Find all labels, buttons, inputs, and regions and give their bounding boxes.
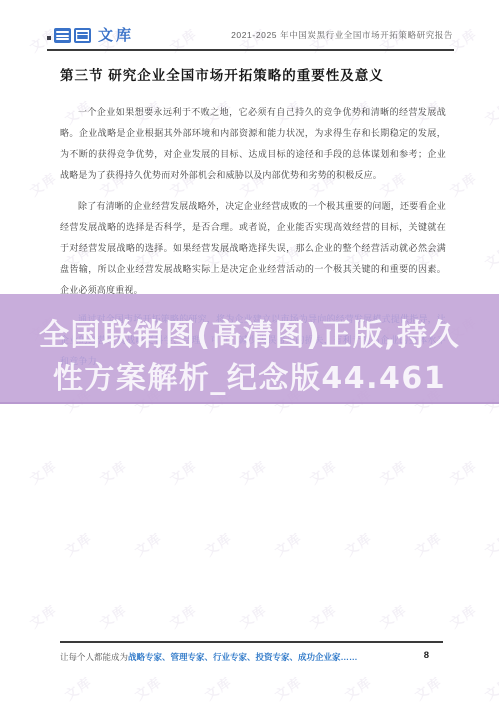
watermark-stamp: 文库	[375, 455, 410, 488]
watermark-stamp: 文库	[130, 527, 165, 560]
watermark-stamp: 文库	[60, 671, 95, 704]
watermark-stamp: 文库	[340, 527, 375, 560]
watermark-stamp: 文库	[235, 455, 270, 488]
footer-slogan: 让每个人都能成为战略专家、管理专家、行业专家、投资专家、成功企业家……	[60, 651, 443, 663]
watermark-stamp: 文库	[95, 455, 130, 488]
watermark-stamp: 文库	[25, 455, 60, 488]
watermark-stamp: 文库	[95, 599, 130, 632]
page-header: 文库 2021-2025 年中国炭黑行业全国市场开拓策略研究报告	[0, 0, 499, 43]
logo-lines-box-filled-icon	[54, 28, 71, 43]
promo-overlay-band: 全国联销图(高清图)正版,持久 性方案解析_纪念版44.461	[0, 294, 499, 404]
watermark-stamp: 文库	[200, 671, 235, 704]
watermark-stamp: 文库	[410, 527, 445, 560]
logo-dot-icon	[47, 36, 51, 40]
watermark-stamp: 文库	[480, 671, 499, 704]
watermark-stamp: 文库	[235, 599, 270, 632]
section-heading: 第三节 研究企业全国市场开拓策略的重要性及意义	[60, 64, 454, 84]
brand-logo: 文库	[47, 28, 134, 43]
watermark-stamp: 文库	[410, 671, 445, 704]
report-title: 2021-2025 年中国炭黑行业全国市场开拓策略研究报告	[231, 29, 453, 43]
footer-divider	[60, 641, 443, 643]
watermark-stamp: 文库	[25, 167, 60, 200]
document-page: 文库文库文库文库文库文库文库文库文库文库文库文库文库文库文库文库文库文库文库文库…	[0, 0, 499, 706]
logo-lines-box-outline-icon	[74, 28, 91, 43]
watermark-stamp: 文库	[165, 455, 200, 488]
watermark-stamp: 文库	[305, 599, 340, 632]
promo-overlay-line-2: 性方案解析_纪念版44.461	[53, 357, 446, 400]
body-paragraph-2: 除了有清晰的企业经营发展战略外，决定企业经营成败的一个极其重要的问题，还要看企业…	[60, 196, 446, 301]
watermark-stamp: 文库	[130, 671, 165, 704]
watermark-stamp: 文库	[270, 527, 305, 560]
watermark-stamp: 文库	[375, 599, 410, 632]
watermark-stamp: 文库	[480, 527, 499, 560]
brand-name: 文库	[98, 28, 134, 43]
watermark-stamp: 文库	[340, 671, 375, 704]
watermark-stamp: 文库	[305, 455, 340, 488]
watermark-stamp: 文库	[200, 527, 235, 560]
body-paragraph-1: 一个企业如果想要永远利于不败之地，它必须有自己持久的竞争优势和清晰的经营发展战略…	[60, 102, 446, 186]
watermark-stamp: 文库	[445, 455, 480, 488]
footer-slogan-keywords: 战略专家、管理专家、行业专家、投资专家、成功企业家……	[128, 652, 358, 662]
watermark-stamp: 文库	[480, 95, 499, 128]
watermark-stamp: 文库	[270, 671, 305, 704]
watermark-stamp: 文库	[480, 239, 499, 272]
page-number: 8	[424, 650, 429, 661]
watermark-stamp: 文库	[445, 167, 480, 200]
watermark-stamp: 文库	[25, 599, 60, 632]
watermark-stamp: 文库	[445, 599, 480, 632]
watermark-stamp: 文库	[165, 599, 200, 632]
footer-slogan-prefix: 让每个人都能成为	[60, 652, 128, 662]
watermark-stamp: 文库	[60, 527, 95, 560]
promo-overlay-line-1: 全国联销图(高清图)正版,持久	[39, 314, 460, 357]
header-divider	[47, 49, 454, 51]
